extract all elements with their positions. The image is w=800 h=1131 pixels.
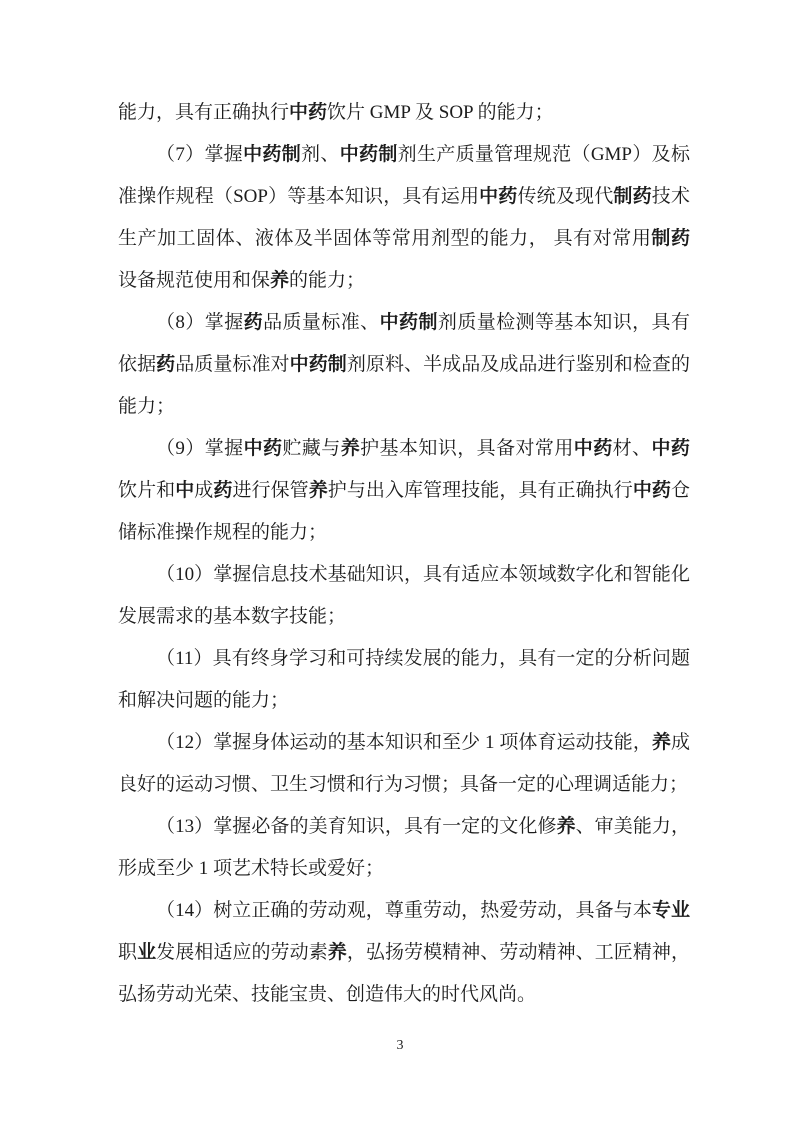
- text-run: 设备规范使用和保: [118, 270, 270, 291]
- paragraph: （14）树立正确的劳动观，尊重劳动，热爱劳动，具备与本专业职业发展相适应的劳动素…: [118, 890, 690, 1016]
- text-run: 成: [194, 480, 213, 501]
- bold-text-run: 制药: [651, 228, 690, 249]
- paragraph: （9）掌握中药贮藏与养护基本知识，具备对常用中药材、中药饮片和中成药进行保管养护…: [118, 428, 690, 554]
- text-run: 发展相适应的劳动素: [156, 942, 328, 963]
- bold-text-run: 专业: [652, 900, 690, 921]
- bold-text-run: 制药: [613, 186, 651, 207]
- bold-text-run: 中药制: [340, 144, 398, 165]
- bold-text-run: 中药: [244, 438, 283, 459]
- bold-text-run: 中药: [574, 438, 613, 459]
- paragraph: （11）具有终身学习和可持续发展的能力，具有一定的分析问题和解决问题的能力；: [118, 638, 690, 722]
- bold-text-run: 中药: [289, 102, 327, 123]
- text-run: 材、: [613, 438, 652, 459]
- text-run: 品质量标准对: [175, 354, 289, 375]
- bold-text-run: 养: [341, 438, 360, 459]
- bold-text-run: 养: [652, 732, 671, 753]
- text-run: 进行保管: [232, 480, 308, 501]
- paragraph: （8）掌握药品质量标准、中药制剂质量检测等基本知识，具有依据药品质量标准对中药制…: [118, 302, 690, 428]
- text-run: （13）掌握必备的美育知识，具有一定的文化修: [156, 816, 557, 837]
- text-run: （12）掌握身体运动的基本知识和至少 1 项体育运动技能，: [156, 732, 652, 753]
- document-body: 能力，具有正确执行中药饮片 GMP 及 SOP 的能力；（7）掌握中药制剂、中药…: [118, 92, 690, 1016]
- paragraph: （7）掌握中药制剂、中药制剂生产质量管理规范（GMP）及标准操作规程（SOP）等…: [118, 134, 690, 302]
- text-run: 品质量标准、: [263, 312, 380, 333]
- text-run: 饮片 GMP 及 SOP 的能力；: [327, 102, 554, 123]
- paragraph: （13）掌握必备的美育知识，具有一定的文化修养、审美能力，形成至少 1 项艺术特…: [118, 806, 690, 890]
- bold-text-run: 业: [137, 942, 156, 963]
- text-run: （8）掌握: [156, 312, 244, 333]
- text-run: 的能力；: [289, 270, 365, 291]
- bold-text-run: 中药制: [290, 354, 347, 375]
- bold-text-run: 养: [557, 816, 576, 837]
- bold-text-run: 养: [328, 942, 347, 963]
- bold-text-run: 中药制: [380, 312, 438, 333]
- bold-text-run: 养: [309, 480, 328, 501]
- bold-text-run: 养: [270, 270, 289, 291]
- bold-text-run: 药: [244, 312, 263, 333]
- paragraph: （10）掌握信息技术基础知识，具有适应本领域数字化和智能化发展需求的基本数字技能…: [118, 554, 690, 638]
- page-number: 3: [0, 1036, 800, 1056]
- text-run: （14）树立正确的劳动观，尊重劳动，热爱劳动，具备与本: [156, 900, 652, 921]
- text-run: 护与出入库管理技能，具有正确执行: [328, 480, 633, 501]
- text-run: （7）掌握: [156, 144, 243, 165]
- bold-text-run: 药: [156, 354, 175, 375]
- text-run: （9）掌握: [156, 438, 244, 459]
- text-run: 剂、: [301, 144, 340, 165]
- bold-text-run: 中药: [633, 480, 671, 501]
- text-run: （11）具有终身学习和可持续发展的能力，具有一定的分析问题和解决问题的能力；: [118, 648, 690, 711]
- document-page: 能力，具有正确执行中药饮片 GMP 及 SOP 的能力；（7）掌握中药制剂、中药…: [0, 0, 800, 1131]
- text-run: （10）掌握信息技术基础知识，具有适应本领域数字化和智能化发展需求的基本数字技能…: [118, 564, 690, 627]
- text-run: 传统及现代: [518, 186, 614, 207]
- bold-text-run: 中药: [479, 186, 517, 207]
- paragraph: 能力，具有正确执行中药饮片 GMP 及 SOP 的能力；: [118, 92, 690, 134]
- bold-text-run: 中: [175, 480, 194, 501]
- text-run: 饮片和: [118, 480, 175, 501]
- bold-text-run: 中药: [651, 438, 689, 459]
- text-run: 护基本知识，具备对常用: [360, 438, 574, 459]
- bold-text-run: 药: [213, 480, 232, 501]
- text-run: 贮藏与: [282, 438, 340, 459]
- bold-text-run: 中药制: [243, 144, 301, 165]
- paragraph: （12）掌握身体运动的基本知识和至少 1 项体育运动技能，养成良好的运动习惯、卫…: [118, 722, 690, 806]
- text-run: 能力，具有正确执行: [118, 102, 289, 123]
- text-run: 职: [118, 942, 137, 963]
